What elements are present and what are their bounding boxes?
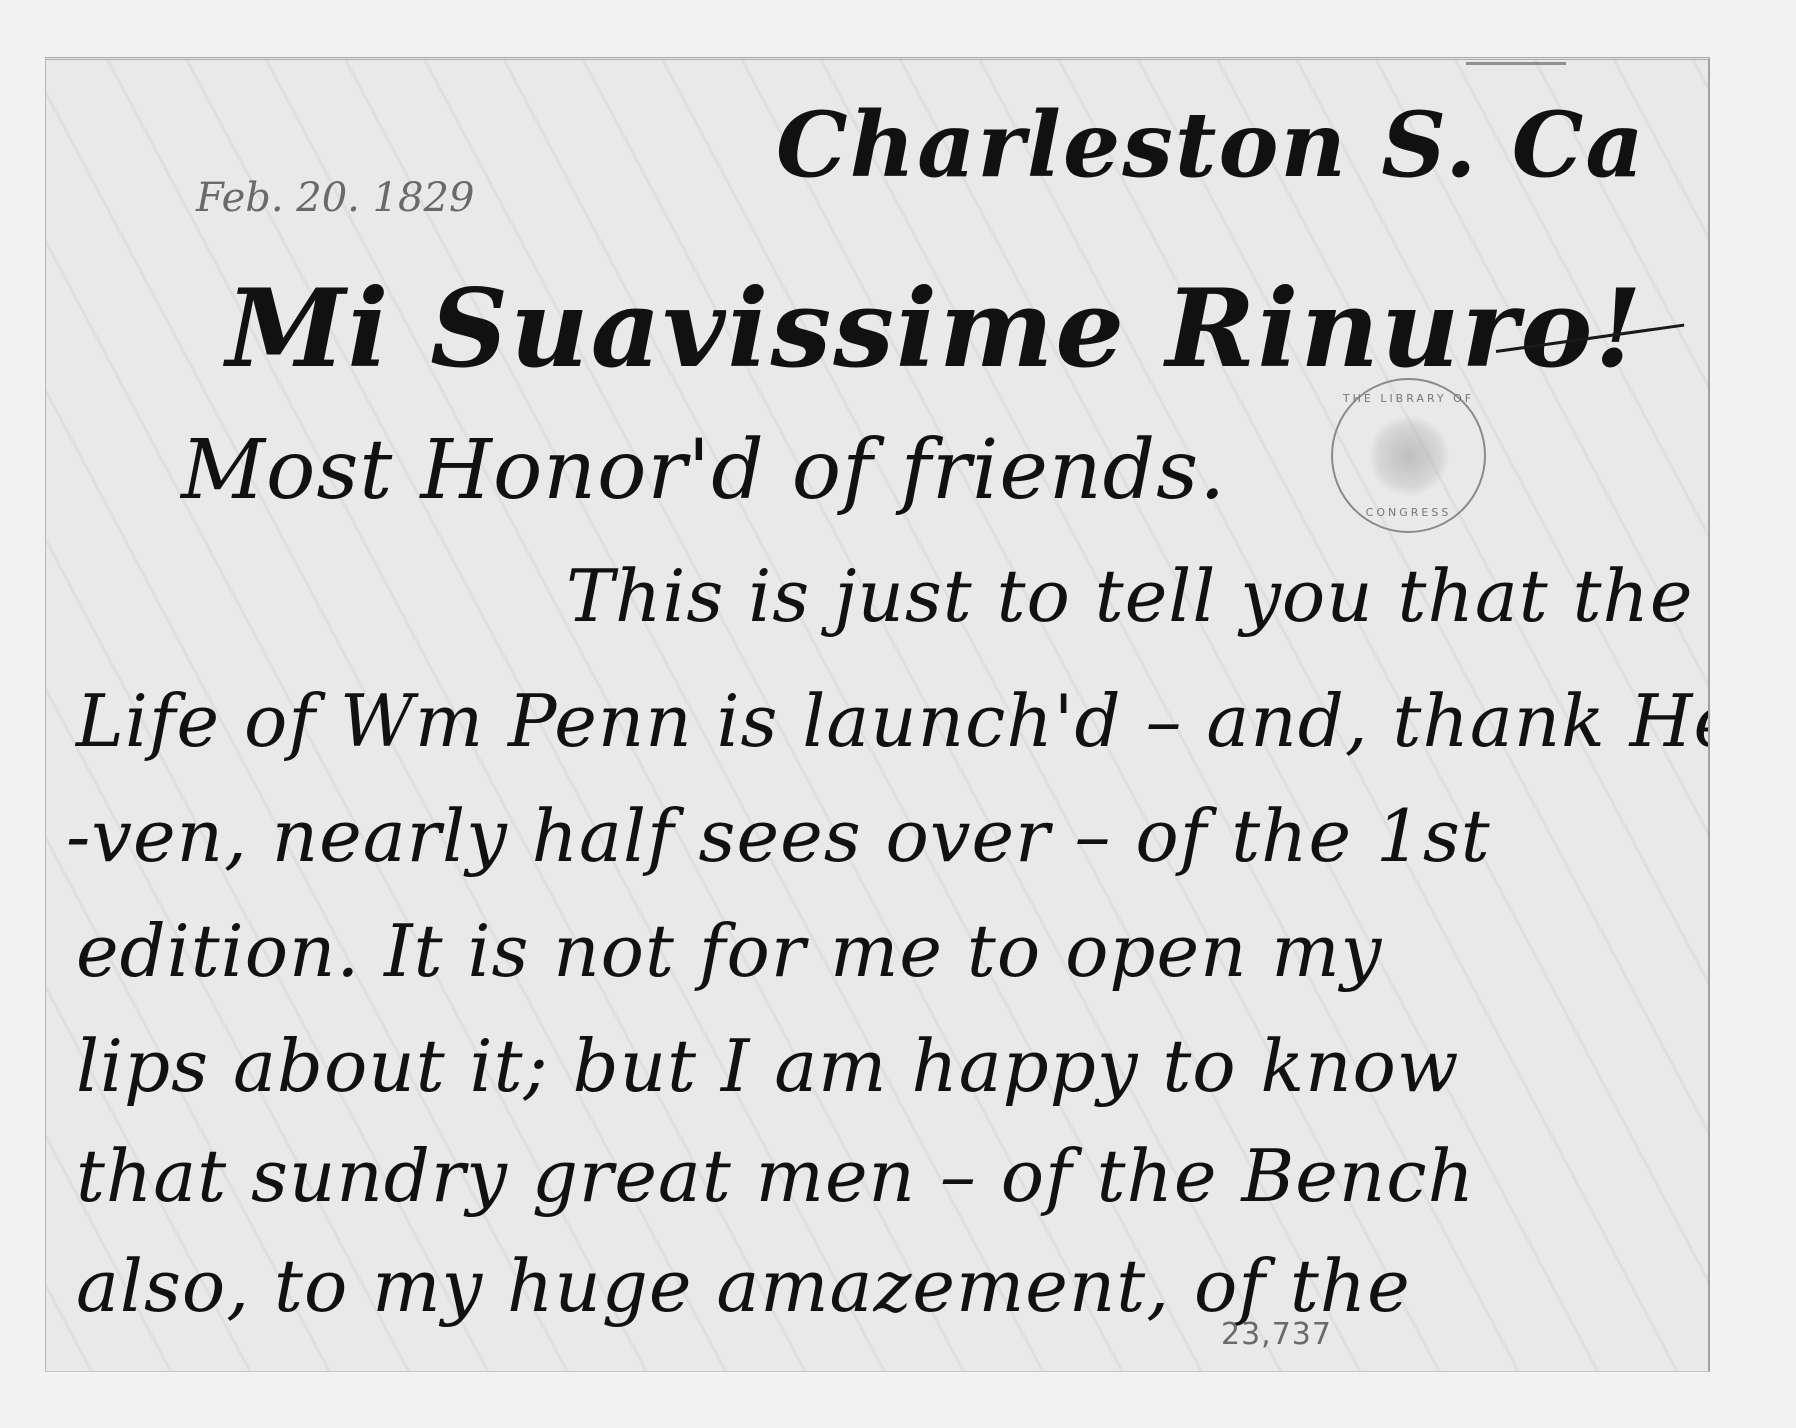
body-line-5: lips about it; but I am happy to know <box>76 1030 1460 1102</box>
body-line-1: This is just to tell you that the <box>566 560 1693 632</box>
eagle-seal-icon <box>1369 416 1449 496</box>
greeting: Most Honor'd of friends. <box>181 430 1226 512</box>
date-annotation: Feb. 20. 1829 <box>196 178 474 218</box>
library-stamp: THE LIBRARY OF CONGRESS <box>1331 378 1486 533</box>
edge-mark <box>1466 62 1566 65</box>
stamp-top-text: THE LIBRARY OF <box>1333 392 1484 405</box>
body-line-4: edition. It is not for me to open my <box>76 915 1382 987</box>
letter-page: Feb. 20. 1829 Charleston S. Ca Mi Suavis… <box>45 57 1710 1372</box>
catalog-number: 23,737 <box>1221 1320 1332 1350</box>
salutation: Mi Suavissime Rinuro! <box>226 275 1644 383</box>
body-line-7: also, to my huge amazement, of the <box>76 1250 1411 1322</box>
body-line-6: that sundry great men – of the Bench <box>76 1140 1475 1212</box>
body-line-3: -ven, nearly half sees over – of the 1st <box>66 800 1491 872</box>
stamp-bottom-text: CONGRESS <box>1333 506 1484 519</box>
place-heading: Charleston S. Ca <box>776 100 1646 190</box>
body-line-2: Life of Wm Penn is launch'd – and, thank… <box>76 685 1710 757</box>
